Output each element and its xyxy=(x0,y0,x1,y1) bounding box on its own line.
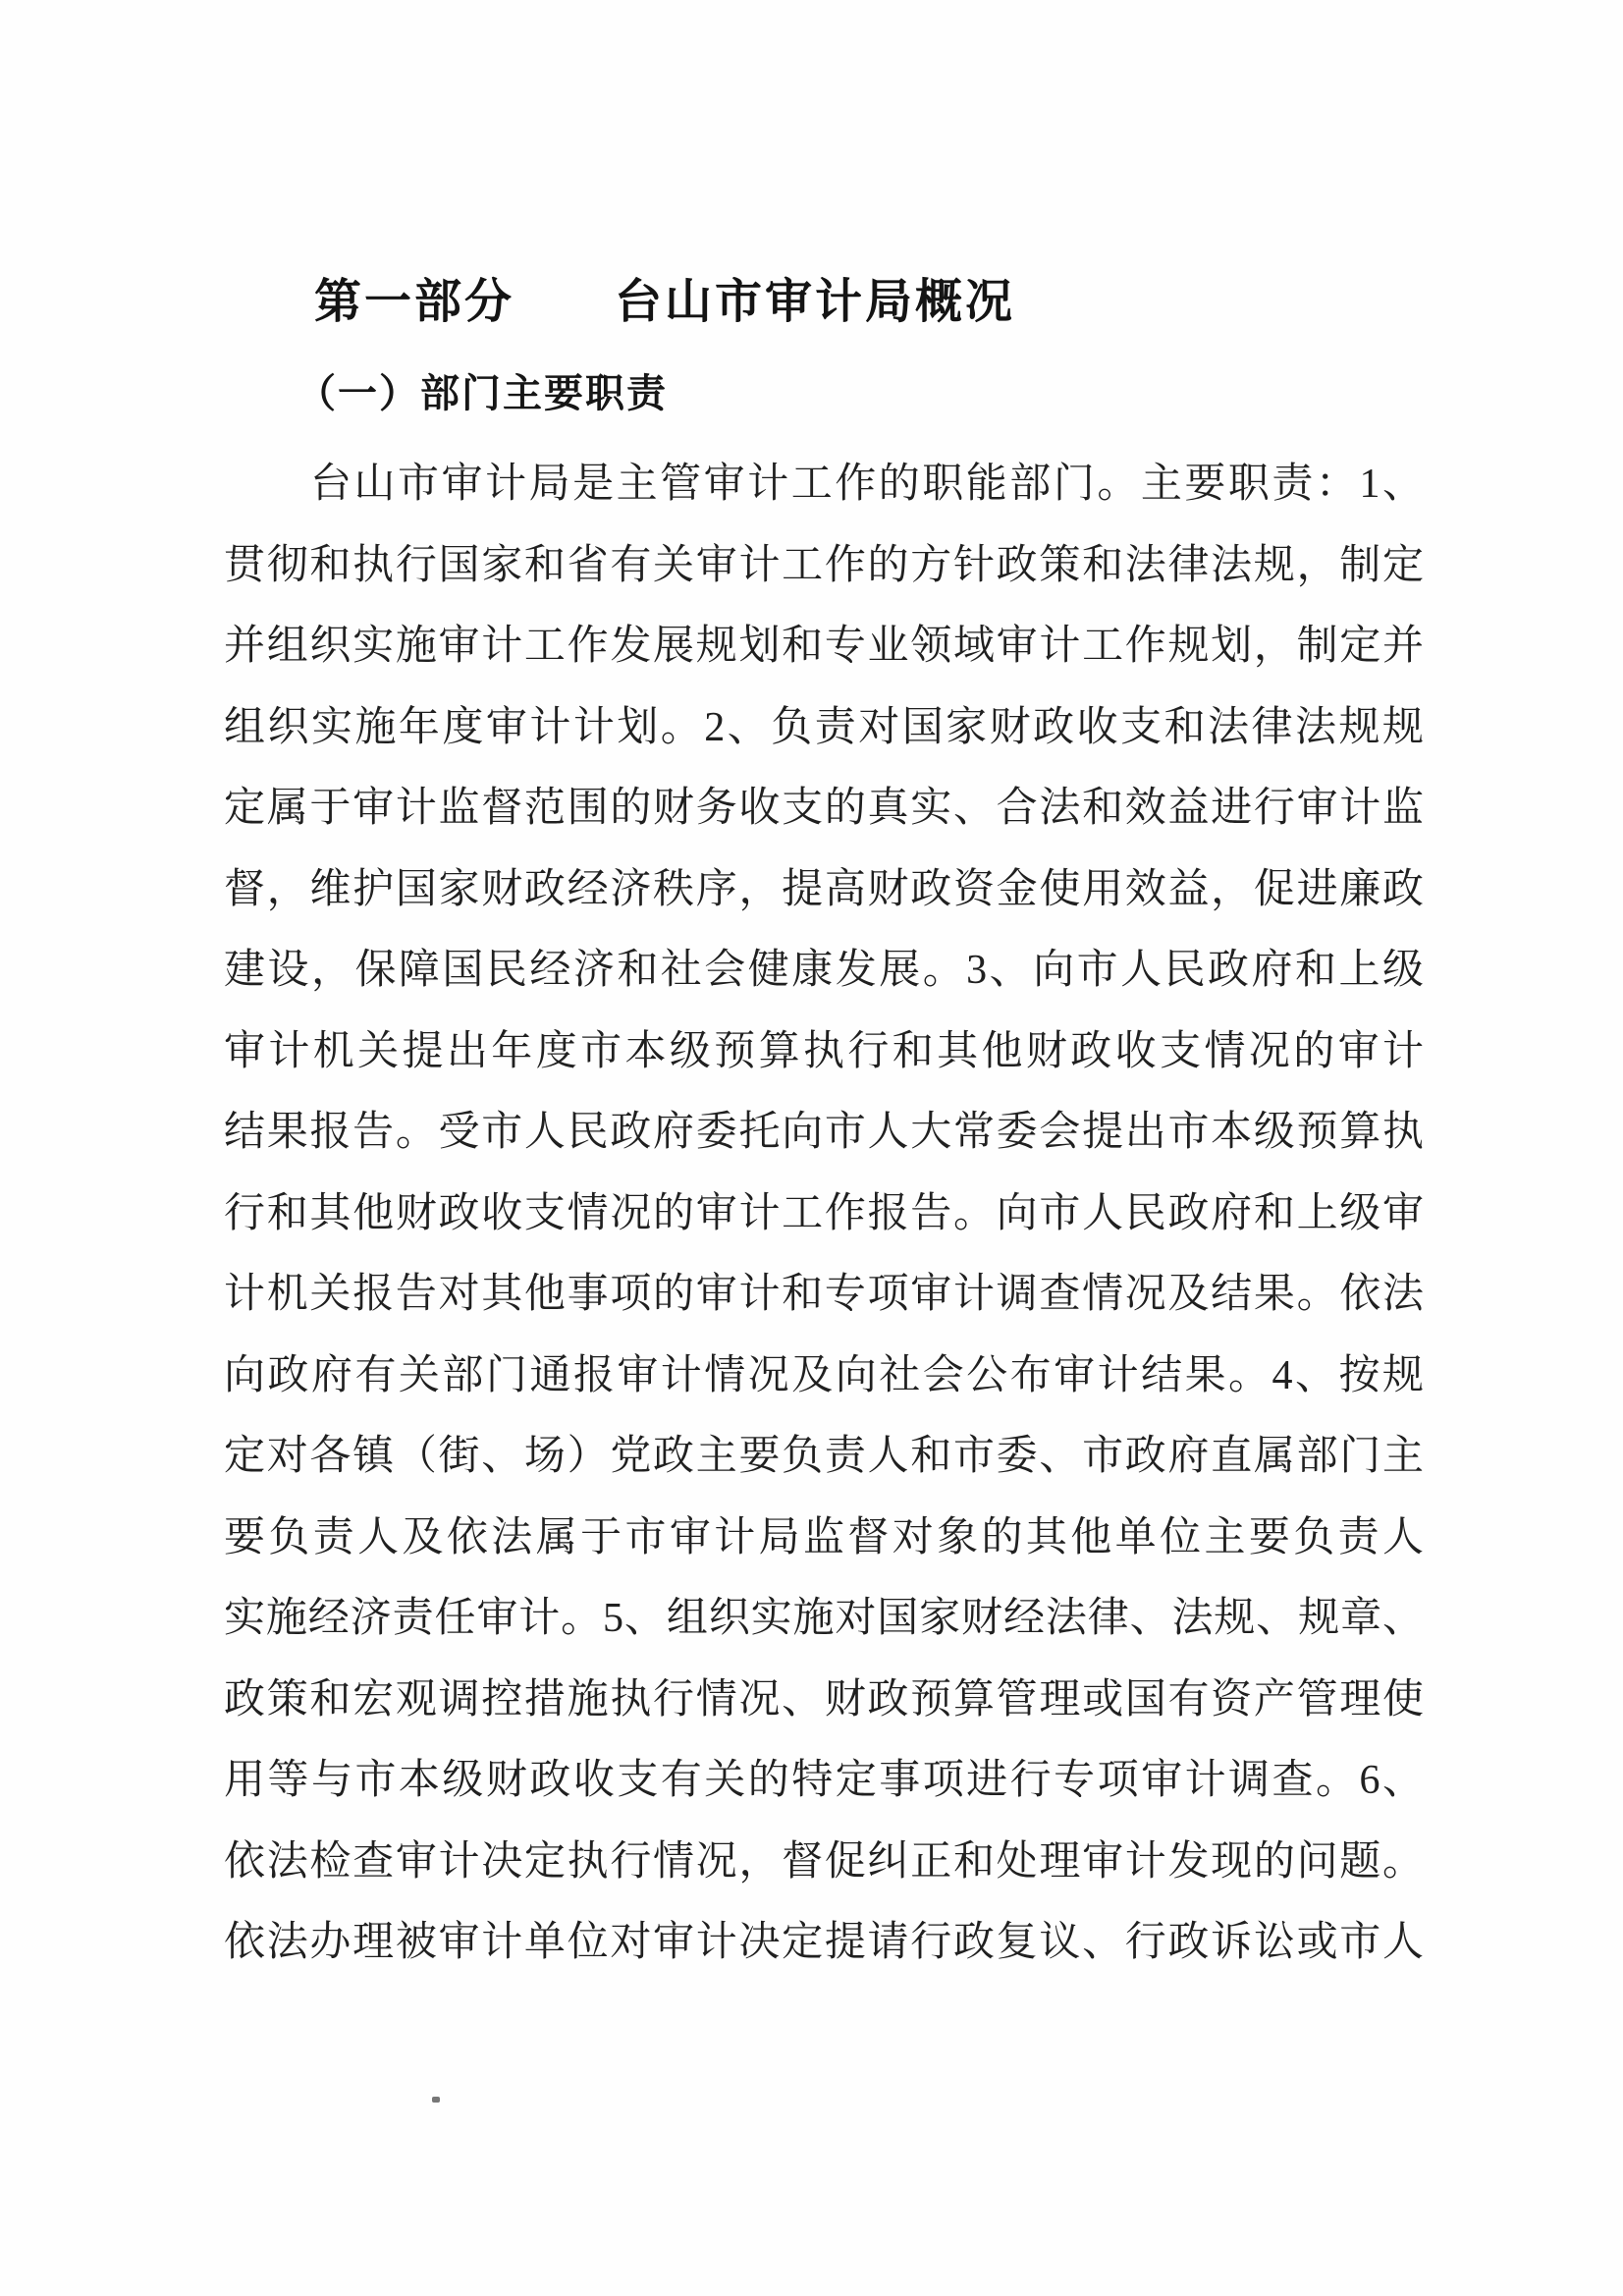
paragraph-line: 依法检查审计决定执行情况，督促纠正和处理审计发现的问题。 xyxy=(224,1822,1424,1903)
paragraph-line: 督，维护国家财政经济秩序，提高财政资金使用效益，促进廉政 xyxy=(224,849,1424,931)
document-page: 第一部分 台山市审计局概况 （一）部门主要职责 台山市审计局是主管审计工作的职能… xyxy=(0,0,1623,2296)
section-title: 第一部分 台山市审计局概况 xyxy=(314,267,1015,338)
paragraph-line: 贯彻和执行国家和省有关审计工作的方针政策和法律法规，制定 xyxy=(224,525,1424,607)
paragraph-line: 组织实施年度审计计划。2、负责对国家财政收支和法律法规规 xyxy=(224,687,1424,769)
paragraph-line: 行和其他财政收支情况的审计工作报告。向市人民政府和上级审 xyxy=(224,1174,1424,1255)
paragraph-line: 要负责人及依法属于市审计局监督对象的其他单位主要负责人 xyxy=(224,1498,1424,1579)
paragraph-line: 建设，保障国民经济和社会健康发展。3、向市人民政府和上级 xyxy=(224,930,1424,1011)
paragraph-line: 向政府有关部门通报审计情况及向社会公布审计结果。4、按规 xyxy=(224,1336,1424,1417)
paragraph-line: 并组织实施审计工作发展规划和专业领域审计工作规划，制定并 xyxy=(224,606,1424,687)
paragraph-line: 定属于审计监督范围的财务收支的真实、合法和效益进行审计监 xyxy=(224,768,1424,849)
paragraph-line: 定对各镇（街、场）党政主要负责人和市委、市政府直属部门主 xyxy=(224,1416,1424,1498)
paragraph: 台山市审计局是主管审计工作的职能部门。主要职责：1、 贯彻和执行国家和省有关审计… xyxy=(224,444,1424,1984)
paragraph-line: 实施经济责任审计。5、组织实施对国家财经法律、法规、规章、 xyxy=(224,1578,1424,1660)
paragraph-line: 计机关报告对其他事项的审计和专项审计调查情况及结果。依法 xyxy=(224,1254,1424,1336)
paragraph-line: 依法办理被审计单位对审计决定提请行政复议、行政诉讼或市人 xyxy=(224,1902,1424,1984)
paragraph-line: 政策和宏观调控措施执行情况、财政预算管理或国有资产管理使 xyxy=(224,1660,1424,1741)
paragraph-line: 用等与市本级财政收支有关的特定事项进行专项审计调查。6、 xyxy=(224,1740,1424,1822)
subsection-heading: （一）部门主要职责 xyxy=(297,365,668,422)
paragraph-line: 台山市审计局是主管审计工作的职能部门。主要职责：1、 xyxy=(224,444,1424,525)
paragraph-line: 审计机关提出年度市本级预算执行和其他财政收支情况的审计 xyxy=(224,1011,1424,1093)
scan-artifact-dot xyxy=(432,2097,440,2103)
paragraph-line: 结果报告。受市人民政府委托向市人大常委会提出市本级预算执 xyxy=(224,1092,1424,1174)
